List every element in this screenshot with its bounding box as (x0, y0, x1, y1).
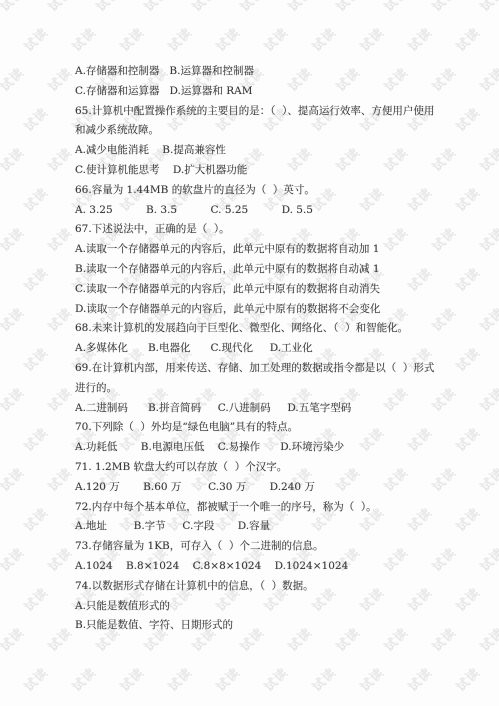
watermark-text: 试读 (20, 343, 52, 375)
watermark-text: 试读 (212, 663, 244, 695)
text-line: 73.存储容量为 1KB，可存入（ ）个二进制的信息。 (75, 537, 475, 557)
watermark-text: 试读 (476, 303, 499, 335)
watermark-text: 试读 (20, 263, 52, 295)
watermark-text: 试读 (0, 223, 27, 255)
watermark-text: 试读 (44, 223, 76, 255)
watermark-text: 试读 (260, 23, 292, 55)
exam-question-list: A.存储器和控制器 B.运算器和控制器C.存储器和运算器 D.运算器和 RAM6… (75, 62, 475, 636)
text-line: 71. 1.2MB 软盘大约可以存放（ ）个汉字。 (75, 458, 475, 478)
watermark-text: 试读 (476, 63, 499, 95)
text-line: 67.下述说法中，正确的是（ ）。 (75, 220, 475, 240)
watermark-text: 试读 (164, 663, 196, 695)
text-line: 69.在计算机内部，用来传送、存储、加工处理的数据或指令都是以（ ）形式 (75, 359, 475, 379)
text-line: A.功耗低 B.电源电压低 C.易操作 D.环境污染少 (75, 438, 475, 458)
scanned-exam-page: 试读试读试读试读试读试读试读试读试读试读试读试读试读试读试读试读试读试读试读试读… (0, 0, 499, 706)
watermark-text: 试读 (476, 623, 499, 655)
watermark-text: 试读 (404, 23, 436, 55)
watermark-text: 试读 (68, 23, 100, 55)
text-line: A.读取一个存储器单元的内容后，此单元中原有的数据将自动加 1 (75, 240, 475, 260)
watermark-text: 试读 (260, 663, 292, 695)
watermark-text: 试读 (476, 383, 499, 415)
watermark-text: 试读 (68, 663, 100, 695)
watermark-text: 试读 (212, 23, 244, 55)
text-line: A.减少电能消耗 B.提高兼容性 (75, 141, 475, 161)
watermark-text: 试读 (116, 23, 148, 55)
watermark-text: 试读 (188, 0, 220, 15)
watermark-text: 试读 (44, 0, 76, 15)
watermark-text: 试读 (0, 463, 27, 495)
text-line: B.读取一个存储器单元的内容后，此单元中原有的数据将自动减 1 (75, 260, 475, 280)
watermark-text: 试读 (20, 583, 52, 615)
watermark-text: 试读 (476, 223, 499, 255)
watermark-text: 试读 (20, 663, 52, 695)
watermark-text: 试读 (476, 543, 499, 575)
watermark-text: 试读 (44, 303, 76, 335)
text-line: A.120 万 B.60 万 C.30 万 D.240 万 (75, 478, 475, 498)
watermark-text: 试读 (20, 423, 52, 455)
text-line: A. 3.25 B. 3.5 C. 5.25 D. 5.5 (75, 201, 475, 221)
watermark-text: 试读 (20, 23, 52, 55)
text-line: 65.计算机中配置操作系统的主要目的是：（ ）、提高运行效率、方便用户使用 (75, 102, 475, 122)
watermark-text: 试读 (44, 63, 76, 95)
text-line: 70.下列除（ ）外均是“绿色电脑”具有的特点。 (75, 418, 475, 438)
watermark-text: 试读 (380, 0, 412, 15)
text-line: C.使计算机能思考 D.扩大机器功能 (75, 161, 475, 181)
watermark-text: 试读 (92, 0, 124, 15)
watermark-text: 试读 (44, 623, 76, 655)
watermark-text: 试读 (164, 23, 196, 55)
text-line: 66.容量为 1.44MB 的软盘片的直径为（ ）英寸。 (75, 181, 475, 201)
text-line: A.多媒体化 B.电器化 C.现代化 D.工业化 (75, 339, 475, 359)
text-line: A.只能是数值形式的 (75, 597, 475, 617)
watermark-text: 试读 (20, 183, 52, 215)
watermark-text: 试读 (332, 0, 364, 15)
watermark-text: 试读 (284, 0, 316, 15)
watermark-text: 试读 (0, 0, 27, 15)
watermark-text: 试读 (476, 0, 499, 15)
watermark-text: 试读 (476, 143, 499, 175)
text-line: A.1024 B.8×1024 C.8×8×1024 D.1024×1024 (75, 557, 475, 577)
watermark-text: 试读 (44, 543, 76, 575)
text-line: D.读取一个存储器单元的内容后，此单元中原有的数据将不会变化 (75, 300, 475, 320)
watermark-text: 试读 (452, 663, 484, 695)
watermark-text: 试读 (308, 663, 340, 695)
watermark-text: 试读 (20, 103, 52, 135)
watermark-text: 试读 (44, 463, 76, 495)
watermark-text: 试读 (0, 623, 27, 655)
text-line: 68.未来计算机的发展趋向于巨型化、微型化、网络化、（ ）和智能化。 (75, 319, 475, 339)
watermark-text: 试读 (404, 663, 436, 695)
watermark-text: 试读 (452, 23, 484, 55)
watermark-text: 试读 (0, 303, 27, 335)
text-line: 74.以数据形式存储在计算机中的信息，（ ）数据。 (75, 577, 475, 597)
watermark-text: 试读 (116, 663, 148, 695)
watermark-text: 试读 (44, 383, 76, 415)
watermark-text: 试读 (140, 0, 172, 15)
text-line: B.只能是数值、字符、日期形式的 (75, 616, 475, 636)
text-line: 和减少系统故障。 (75, 121, 475, 141)
watermark-text: 试读 (476, 463, 499, 495)
watermark-text: 试读 (236, 0, 268, 15)
watermark-text: 试读 (0, 383, 27, 415)
text-line: A.二进制码 B.拼音简码 C.八进制码 D.五笔字型码 (75, 399, 475, 419)
text-line: C.读取一个存储器单元的内容后，此单元中原有的数据将自动消失 (75, 280, 475, 300)
text-line: 进行的。 (75, 379, 475, 399)
watermark-text: 试读 (356, 23, 388, 55)
text-line: A.存储器和控制器 B.运算器和控制器 (75, 62, 475, 82)
text-line: C.存储器和运算器 D.运算器和 RAM (75, 82, 475, 102)
watermark-text: 试读 (0, 143, 27, 175)
watermark-text: 试读 (0, 543, 27, 575)
watermark-text: 试读 (308, 23, 340, 55)
watermark-text: 试读 (0, 63, 27, 95)
watermark-text: 试读 (20, 503, 52, 535)
watermark-text: 试读 (356, 663, 388, 695)
text-line: 72.内存中每个基本单位，都被赋于一个唯一的序号，称为（ ）。 (75, 498, 475, 518)
watermark-text: 试读 (428, 0, 460, 15)
text-line: A.地址 B.字节 C.字段 D.容量 (75, 517, 475, 537)
watermark-text: 试读 (44, 143, 76, 175)
